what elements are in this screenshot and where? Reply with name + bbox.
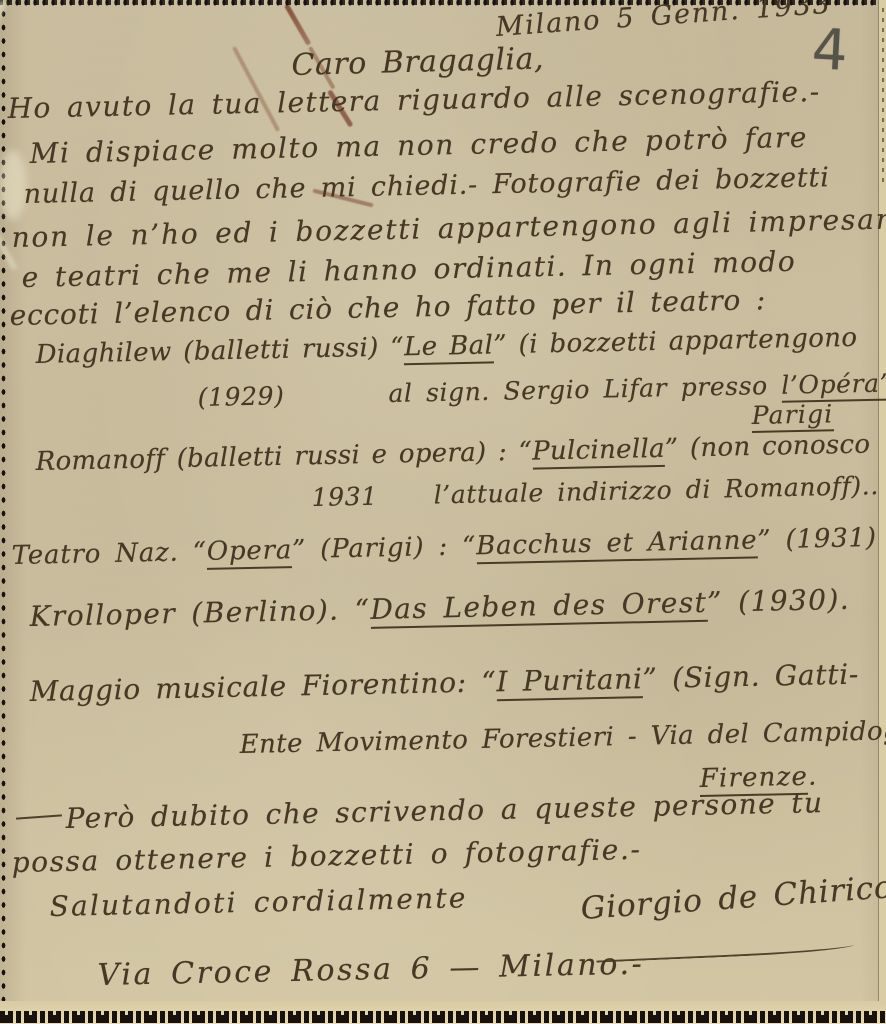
perforated-edge-bottom (0, 1011, 886, 1023)
underlined-city: Parigi (751, 399, 833, 433)
underlined-title-le-bal: Le Bal (404, 330, 494, 365)
work-text: ” (Sign. Gatti- (642, 658, 859, 696)
work-text: Teatro Naz. “ (11, 537, 207, 571)
underlined-title-opera: Opera (207, 535, 293, 570)
salutation-line: Caro Bragaglia, (291, 41, 544, 83)
pencil-page-number: 4 (810, 17, 849, 84)
underlined-title-puritani: I Puritani (496, 662, 643, 701)
work-text: ” (non conosco (665, 430, 871, 464)
work-year: 1931 (311, 482, 378, 512)
underlined-title-opera-paris: l’Opéra” (781, 368, 886, 402)
perforation-marks-right (882, 8, 885, 188)
underlined-title-bacchus: Bacchus et Arianne (476, 525, 758, 564)
work-text: ” (1931) (757, 523, 877, 555)
work-year: (1929) (197, 381, 284, 412)
underlined-title-orest: Das Leben des Orest (370, 586, 708, 629)
work-text: ” (1930). (707, 583, 850, 619)
work-city-parigi: Parigi (751, 399, 833, 430)
letter-scan-page: { "page": { "paper_color": "#cabea0", "i… (0, 0, 886, 1024)
work-text: ” (Parigi) : “ (292, 531, 477, 565)
underlined-title-pulcinella: Pulcinella (532, 434, 665, 470)
crease-mark (0, 150, 26, 220)
